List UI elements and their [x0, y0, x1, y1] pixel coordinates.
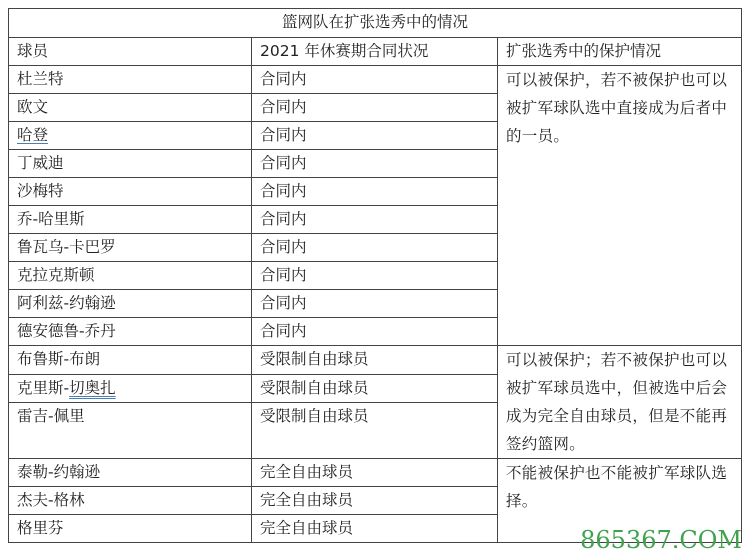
status-cell: 合同内 [252, 318, 498, 346]
status-cell: 合同内 [252, 122, 498, 150]
header-protection: 扩张选秀中的保护情况 [498, 38, 742, 66]
table-row: 杜兰特 合同内 可以被保护，若不被保护也可以被扩军球队选中直接成为后者中的一员。 [9, 66, 742, 94]
status-cell: 完全自由球员 [252, 515, 498, 543]
title-row: 篮网队在扩张选秀中的情况 [9, 9, 742, 38]
player-cell: 鲁瓦乌-卡巴罗 [9, 234, 252, 262]
player-cell: 阿利兹-约翰逊 [9, 290, 252, 318]
player-cell: 乔-哈里斯 [9, 206, 252, 234]
player-cell: 布鲁斯-布朗 [9, 346, 252, 375]
player-cell: 哈登 [9, 122, 252, 150]
status-cell: 完全自由球员 [252, 459, 498, 487]
player-cell: 雷吉-佩里 [9, 403, 252, 459]
table-row: 布鲁斯-布朗 受限制自由球员 可以被保护；若不被保护也可以被扩军球员选中，但被选… [9, 346, 742, 375]
player-cell: 欧文 [9, 94, 252, 122]
player-cell: 杜兰特 [9, 66, 252, 94]
status-cell: 合同内 [252, 290, 498, 318]
header-player: 球员 [9, 38, 252, 66]
player-name-underlined: 哈登 [17, 126, 48, 144]
header-contract-status: 2021 年休赛期合同状况 [252, 38, 498, 66]
player-name-underlined: 切奥扎 [69, 379, 116, 397]
player-cell: 格里芬 [9, 515, 252, 543]
player-cell: 杰夫-格林 [9, 487, 252, 515]
status-cell: 受限制自由球员 [252, 374, 498, 403]
status-cell: 完全自由球员 [252, 487, 498, 515]
protection-cell: 可以被保护；若不被保护也可以被扩军球员选中，但被选中后会成为完全自由球员，但是不… [498, 346, 742, 459]
status-cell: 合同内 [252, 66, 498, 94]
status-cell: 合同内 [252, 94, 498, 122]
player-name-part: 克里斯- [17, 379, 69, 397]
player-cell: 克里斯-切奥扎 [9, 374, 252, 403]
table-row: 泰勒-约翰逊 完全自由球员 不能被保护也不能被扩军球队选择。 [9, 459, 742, 487]
status-cell: 合同内 [252, 150, 498, 178]
table-title: 篮网队在扩张选秀中的情况 [9, 9, 742, 38]
player-cell: 丁威迪 [9, 150, 252, 178]
status-cell: 受限制自由球员 [252, 403, 498, 459]
player-cell: 德安德鲁-乔丹 [9, 318, 252, 346]
status-cell: 合同内 [252, 234, 498, 262]
player-cell: 泰勒-约翰逊 [9, 459, 252, 487]
status-cell: 合同内 [252, 206, 498, 234]
nets-expansion-draft-table: 篮网队在扩张选秀中的情况 球员 2021 年休赛期合同状况 扩张选秀中的保护情况… [8, 8, 742, 543]
status-cell: 受限制自由球员 [252, 346, 498, 375]
watermark: 865367.COM [580, 526, 742, 554]
player-cell: 克拉克斯顿 [9, 262, 252, 290]
status-cell: 合同内 [252, 262, 498, 290]
player-cell: 沙梅特 [9, 178, 252, 206]
protection-cell: 可以被保护，若不被保护也可以被扩军球队选中直接成为后者中的一员。 [498, 66, 742, 346]
header-row: 球员 2021 年休赛期合同状况 扩张选秀中的保护情况 [9, 38, 742, 66]
status-cell: 合同内 [252, 178, 498, 206]
